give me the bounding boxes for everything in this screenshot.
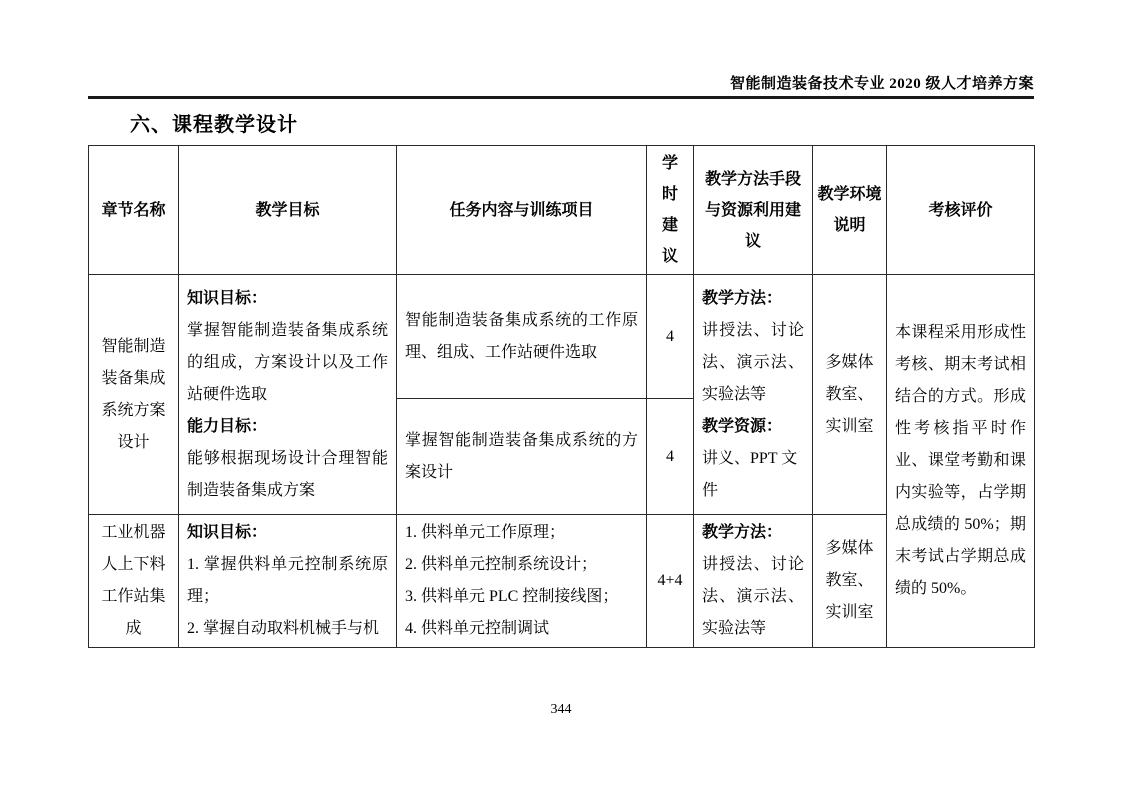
column-header-objectives: 教学目标 xyxy=(179,146,397,275)
knowledge-goal-label-row1: 知识目标： xyxy=(187,283,388,315)
ability-goal-label-row1: 能力目标： xyxy=(187,411,388,443)
environment-row1: 多媒体教室、实训室 xyxy=(813,275,887,515)
column-header-tasks: 任务内容与训练项目 xyxy=(397,146,647,275)
knowledge-goal-label-row2: 知识目标： xyxy=(187,517,388,549)
chapter-name-row1: 智能制造装备集成系统方案设计 xyxy=(89,275,179,515)
chapter-name-row2: 工业机器人上下料工作站集成 xyxy=(89,515,179,648)
assessment-cell: 本课程采用形成性考核、期末考试相结合的方式。形成性考核指平时作业、课堂考勤和课内… xyxy=(887,275,1035,648)
column-header-methods: 教学方法手段与资源利用建议 xyxy=(694,146,813,275)
hours-row1-sub2: 4 xyxy=(647,399,694,515)
course-design-table: 章节名称 教学目标 任务内容与训练项目 学时建议 教学方法手段与资源利用建议 教… xyxy=(88,145,1035,648)
doc-header-text: 智能制造装备技术专业 2020 级人才培养方案 xyxy=(730,76,1034,92)
objectives-row2: 知识目标： 1. 掌握供料单元控制系统原理； 2. 掌握自动取料机械手与机 xyxy=(179,515,397,648)
task-item-3: 3. 供料单元 PLC 控制接线图； xyxy=(405,581,638,613)
column-header-hours-text: 学时建议 xyxy=(661,148,679,272)
methods-row2: 教学方法： 讲授法、讨论法、演示法、实验法等 xyxy=(694,515,813,648)
table-header-row: 章节名称 教学目标 任务内容与训练项目 学时建议 教学方法手段与资源利用建议 教… xyxy=(89,146,1035,275)
table-row: 智能制造装备集成系统方案设计 知识目标： 掌握智能制造装备集成系统的组成，方案设… xyxy=(89,275,1035,399)
column-header-environment: 教学环境说明 xyxy=(813,146,887,275)
task-item-2: 2. 供料单元控制系统设计； xyxy=(405,549,638,581)
teaching-method-text-row2: 讲授法、讨论法、演示法、实验法等 xyxy=(702,549,804,645)
task-content-row1-sub1: 智能制造装备集成系统的工作原理、组成、工作站硬件选取 xyxy=(397,275,647,399)
document-header: 智能制造装备技术专业 2020 级人才培养方案 xyxy=(730,72,1034,93)
teaching-method-text-row1: 讲授法、讨论法、演示法、实验法等 xyxy=(702,315,804,411)
ability-goal-text-row1: 能够根据现场设计合理智能制造装备集成方案 xyxy=(187,443,388,507)
document-page: 智能制造装备技术专业 2020 级人才培养方案 六、课程教学设计 章节名称 教学… xyxy=(0,0,1122,793)
knowledge-goal-text-row1: 掌握智能制造装备集成系统的组成，方案设计以及工作站硬件选取 xyxy=(187,315,388,411)
header-rule-divider xyxy=(88,96,1034,99)
task-item-1: 1. 供料单元工作原理； xyxy=(405,517,638,549)
teaching-resource-label-row1: 教学资源： xyxy=(702,411,804,443)
teaching-method-label-row1: 教学方法： xyxy=(702,283,804,315)
hours-row2: 4+4 xyxy=(647,515,694,648)
task-item-4: 4. 供料单元控制调试 xyxy=(405,613,638,645)
methods-row1: 教学方法： 讲授法、讨论法、演示法、实验法等 教学资源： 讲义、PPT 文件 xyxy=(694,275,813,515)
knowledge-goal-item2-row2: 2. 掌握自动取料机械手与机 xyxy=(187,613,388,645)
column-header-hours: 学时建议 xyxy=(647,146,694,275)
task-content-row1-sub2: 掌握智能制造装备集成系统的方案设计 xyxy=(397,399,647,515)
environment-row2: 多媒体教室、实训室 xyxy=(813,515,887,648)
knowledge-goal-item1-row2: 1. 掌握供料单元控制系统原理； xyxy=(187,549,388,613)
section-title: 六、课程教学设计 xyxy=(130,108,298,137)
objectives-row1: 知识目标： 掌握智能制造装备集成系统的组成，方案设计以及工作站硬件选取 能力目标… xyxy=(179,275,397,515)
teaching-method-label-row2: 教学方法： xyxy=(702,517,804,549)
teaching-resource-text-row1: 讲义、PPT 文件 xyxy=(702,443,804,507)
column-header-assessment: 考核评价 xyxy=(887,146,1035,275)
hours-row1-sub1: 4 xyxy=(647,275,694,399)
column-header-chapter: 章节名称 xyxy=(89,146,179,275)
task-content-row2: 1. 供料单元工作原理； 2. 供料单元控制系统设计； 3. 供料单元 PLC … xyxy=(397,515,647,648)
page-number: 344 xyxy=(0,702,1122,718)
